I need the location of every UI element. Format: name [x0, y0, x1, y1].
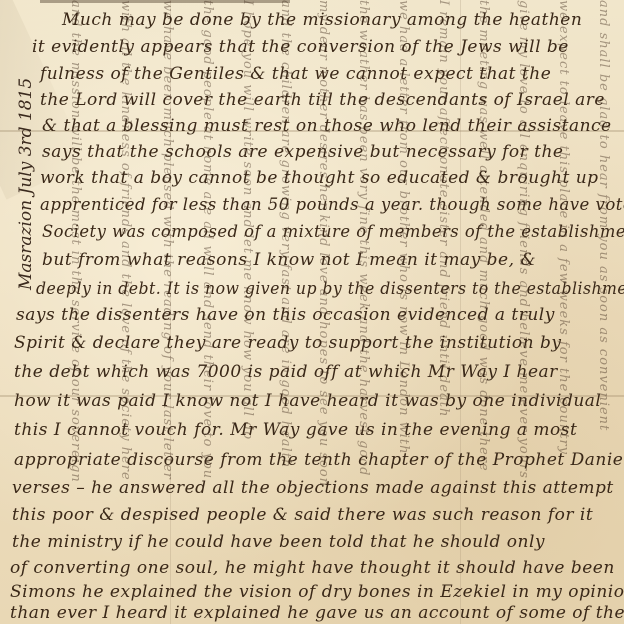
- letter-line: than ever I heard it explained he gave u…: [10, 603, 624, 623]
- letter-line: of converting one soul, he might have th…: [10, 558, 615, 578]
- letter-line: Spirit & declare they are ready to suppo…: [14, 333, 561, 353]
- letter-line: but from what reasons I know not I mean …: [42, 250, 536, 270]
- letter-line: appropriate discourse from the tenth cha…: [14, 450, 624, 470]
- letter-line: the ministry if he could have been told …: [12, 532, 545, 552]
- letter-line: this I cannot vouch for. Mr Way gave us …: [14, 420, 577, 440]
- letter-page: and the mission will be the most in the …: [0, 0, 624, 624]
- letter-line: it evidently appears that the conversion…: [32, 37, 569, 57]
- letter-line: the debt which was 7000 is paid off at w…: [14, 362, 558, 382]
- letter-line: deeply in debt. It is now given up by th…: [36, 279, 624, 299]
- letter-line: how it was paid I know not I have heard …: [14, 391, 601, 411]
- letter-line: Society was composed of a mixture of mem…: [42, 222, 624, 242]
- letter-line: fulness of the Gentiles & that we cannot…: [40, 64, 551, 84]
- letter-line: Much may be done by the missionary among…: [62, 10, 582, 30]
- letter-line: says that the schools are expensive but …: [42, 142, 563, 162]
- letter-line: apprenticed for less than 50 pounds a ye…: [40, 195, 624, 215]
- letter-line: the Lord will cover the earth till the d…: [40, 90, 605, 110]
- letter-line: Simons he explained the vision of dry bo…: [10, 582, 624, 602]
- letter-line: & that a blessing must rest on those who…: [42, 116, 612, 136]
- letter-body: Much may be done by the missionary among…: [0, 0, 624, 624]
- letter-line: this poor & despised people & said there…: [12, 505, 593, 525]
- letter-line: says the dissenters have on this occasio…: [16, 305, 555, 325]
- letter-line: work that a boy cannot be thought so edu…: [40, 168, 599, 188]
- letter-line: verses – he answered all the objections …: [12, 478, 614, 498]
